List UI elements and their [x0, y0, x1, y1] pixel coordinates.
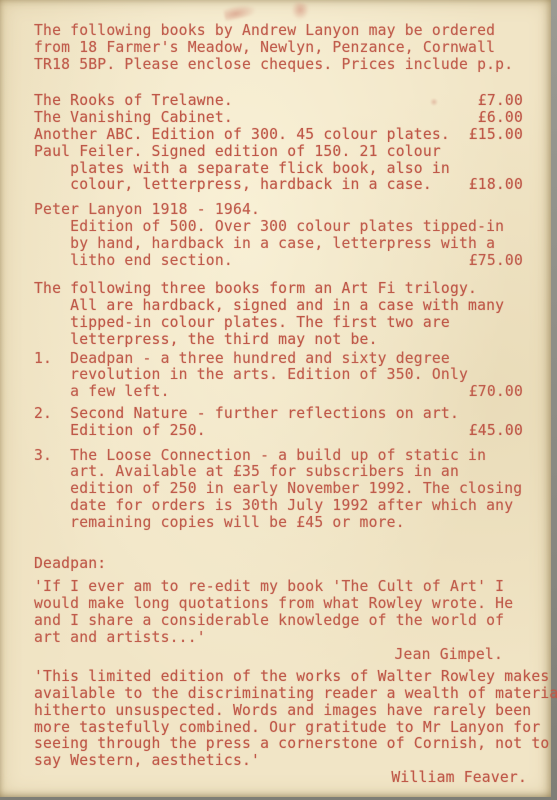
line-text: from 18 Farmer's Meadow, Newlyn, Penzanc… [34, 39, 495, 56]
line-text: more tastefully combined. Our gratitude … [34, 719, 540, 736]
text-line: by hand, hardback in a case, letterpress… [34, 236, 551, 253]
text-line: 1. Deadpan - a three hundred and sixty d… [34, 351, 551, 368]
text-line: from 18 Farmer's Meadow, Newlyn, Penzanc… [34, 40, 551, 57]
text-line: and I share a considerable knowledge of … [34, 613, 551, 630]
text-line: All are hardback, signed and in a case w… [34, 298, 551, 315]
price: £6.00 [478, 110, 523, 127]
text-line: seeing through the press a cornerstone o… [34, 736, 551, 753]
line-text: colour, letterpress, hardback in a case. [34, 176, 432, 193]
line-text: Edition of 500. Over 300 colour plates t… [34, 218, 504, 235]
ink-smudge [223, 2, 257, 21]
text-line: The following three books form an Art Fi… [34, 281, 551, 298]
line-text: 3. The Loose Connection - a build up of … [34, 447, 486, 464]
text-line: edition of 250 in early November 1992. T… [34, 481, 551, 498]
line-text: plates with a separate flick book, also … [34, 160, 450, 177]
text-line: remaining copies will be £45 or more. [34, 515, 551, 532]
text-line: plates with a separate flick book, also … [34, 161, 551, 178]
text-line: 2. Second Nature - further reflections o… [34, 406, 551, 423]
trilogy-item-second-nature: 2. Second Nature - further reflections o… [34, 406, 551, 440]
line-text: edition of 250 in early November 1992. T… [34, 480, 522, 497]
paper-page: The following books by Andrew Lanyon may… [0, 0, 551, 797]
text-line: date for orders is 30th July 1992 after … [34, 498, 551, 515]
line-text: a few left. [34, 383, 170, 400]
line-text: 1. Deadpan - a three hundred and sixty d… [34, 350, 450, 367]
line-text: remaining copies will be £45 or more. [34, 514, 405, 531]
line-text: Edition of 250. [34, 422, 206, 439]
text-line: would make long quotations from what Row… [34, 596, 551, 613]
line-text: The Rooks of Trelawne. [34, 92, 233, 109]
line-text: and I share a considerable knowledge of … [34, 612, 504, 629]
line-text: 'This limited edition of the works of Wa… [34, 668, 549, 685]
price: £75.00 [469, 253, 523, 270]
line-text: tipped-in colour plates. The first two a… [34, 314, 450, 331]
price: £7.00 [478, 93, 523, 110]
intro-paragraph: The following books by Andrew Lanyon may… [34, 23, 551, 73]
text-line: tipped-in colour plates. The first two a… [34, 315, 551, 332]
text-line: art and artists...' [34, 630, 551, 647]
review-quote-gimpel: 'If I ever am to re-edit my book 'The Cu… [34, 579, 551, 663]
line-text: The following books by Andrew Lanyon may… [34, 22, 495, 39]
price: £18.00 [469, 177, 523, 194]
trilogy-intro-paragraph: The following three books form an Art Fi… [34, 281, 551, 348]
line-text: Peter Lanyon 1918 - 1964. [34, 201, 260, 218]
text-line: The Vanishing Cabinet.£6.00 [34, 110, 551, 127]
text-line: Peter Lanyon 1918 - 1964. [34, 202, 551, 219]
price: £70.00 [469, 384, 523, 401]
text-line: say Western, aesthetics.' [34, 753, 551, 770]
text-line: Edition of 250.£45.00 [34, 423, 551, 440]
line-text: 2. Second Nature - further reflections o… [34, 405, 459, 422]
line-text: The Vanishing Cabinet. [34, 109, 233, 126]
ink-smudge [290, 2, 311, 22]
line-text: Another ABC. Edition of 300. 45 colour p… [34, 126, 450, 143]
text-line: hitherto unsuspected. Words and images h… [34, 703, 551, 720]
line-text: litho end section. [34, 252, 233, 269]
text-line: 'If I ever am to re-edit my book 'The Cu… [34, 579, 551, 596]
deadpan-heading: Deadpan: [34, 556, 551, 573]
line-text: say Western, aesthetics.' [34, 752, 260, 769]
line-text: The following three books form an Art Fi… [34, 280, 477, 297]
price: £45.00 [469, 423, 523, 440]
attribution: William Feaver. [34, 770, 551, 787]
text-line: art. Available at £35 for subscribers in… [34, 464, 551, 481]
text-line: TR18 5BP. Please enclose cheques. Prices… [34, 57, 551, 74]
text-line: Deadpan: [34, 556, 551, 573]
line-text: date for orders is 30th July 1992 after … [34, 497, 513, 514]
line-text: letterpress, the third may not be. [34, 331, 378, 348]
text-line: Edition of 500. Over 300 colour plates t… [34, 219, 551, 236]
book-entry-peter-lanyon: Peter Lanyon 1918 - 1964. Edition of 500… [34, 202, 551, 269]
attribution: Jean Gimpel. [34, 647, 551, 664]
trilogy-item-deadpan: 1. Deadpan - a three hundred and sixty d… [34, 351, 551, 401]
text-line: 'This limited edition of the works of Wa… [34, 669, 551, 686]
text-line: a few left.£70.00 [34, 384, 551, 401]
line-text: by hand, hardback in a case, letterpress… [34, 235, 495, 252]
review-quote-feaver: 'This limited edition of the works of Wa… [34, 669, 551, 787]
text-line: The Rooks of Trelawne.£7.00 [34, 93, 551, 110]
line-text: TR18 5BP. Please enclose cheques. Prices… [34, 56, 513, 73]
line-text: art. Available at £35 for subscribers in… [34, 463, 459, 480]
price: £15.00 [469, 127, 523, 144]
text-line: The following books by Andrew Lanyon may… [34, 23, 551, 40]
text-line: Another ABC. Edition of 300. 45 colour p… [34, 127, 551, 144]
line-text: Deadpan: [34, 555, 106, 572]
typewritten-text: The following books by Andrew Lanyon may… [34, 23, 551, 787]
text-line: Paul Feiler. Signed edition of 150. 21 c… [34, 144, 551, 161]
book-price-list: The Rooks of Trelawne.£7.00The Vanishing… [34, 93, 551, 194]
text-line: litho end section.£75.00 [34, 253, 551, 270]
line-text: available to the discriminating reader a… [34, 685, 557, 702]
text-line: available to the discriminating reader a… [34, 686, 551, 703]
line-text: hitherto unsuspected. Words and images h… [34, 702, 531, 719]
line-text: revolution in the arts. Edition of 350. … [34, 366, 468, 383]
line-text: would make long quotations from what Row… [34, 595, 513, 612]
line-text: art and artists...' [34, 629, 206, 646]
line-text: 'If I ever am to re-edit my book 'The Cu… [34, 578, 504, 595]
text-line: letterpress, the third may not be. [34, 332, 551, 349]
scanned-letter: The following books by Andrew Lanyon may… [0, 0, 557, 800]
line-text: seeing through the press a cornerstone o… [34, 735, 549, 752]
text-line: 3. The Loose Connection - a build up of … [34, 448, 551, 465]
line-text: Paul Feiler. Signed edition of 150. 21 c… [34, 143, 441, 160]
line-text: All are hardback, signed and in a case w… [34, 297, 504, 314]
text-line: revolution in the arts. Edition of 350. … [34, 367, 551, 384]
text-line: more tastefully combined. Our gratitude … [34, 720, 551, 737]
text-line: colour, letterpress, hardback in a case.… [34, 177, 551, 194]
trilogy-item-loose-connection: 3. The Loose Connection - a build up of … [34, 448, 551, 532]
